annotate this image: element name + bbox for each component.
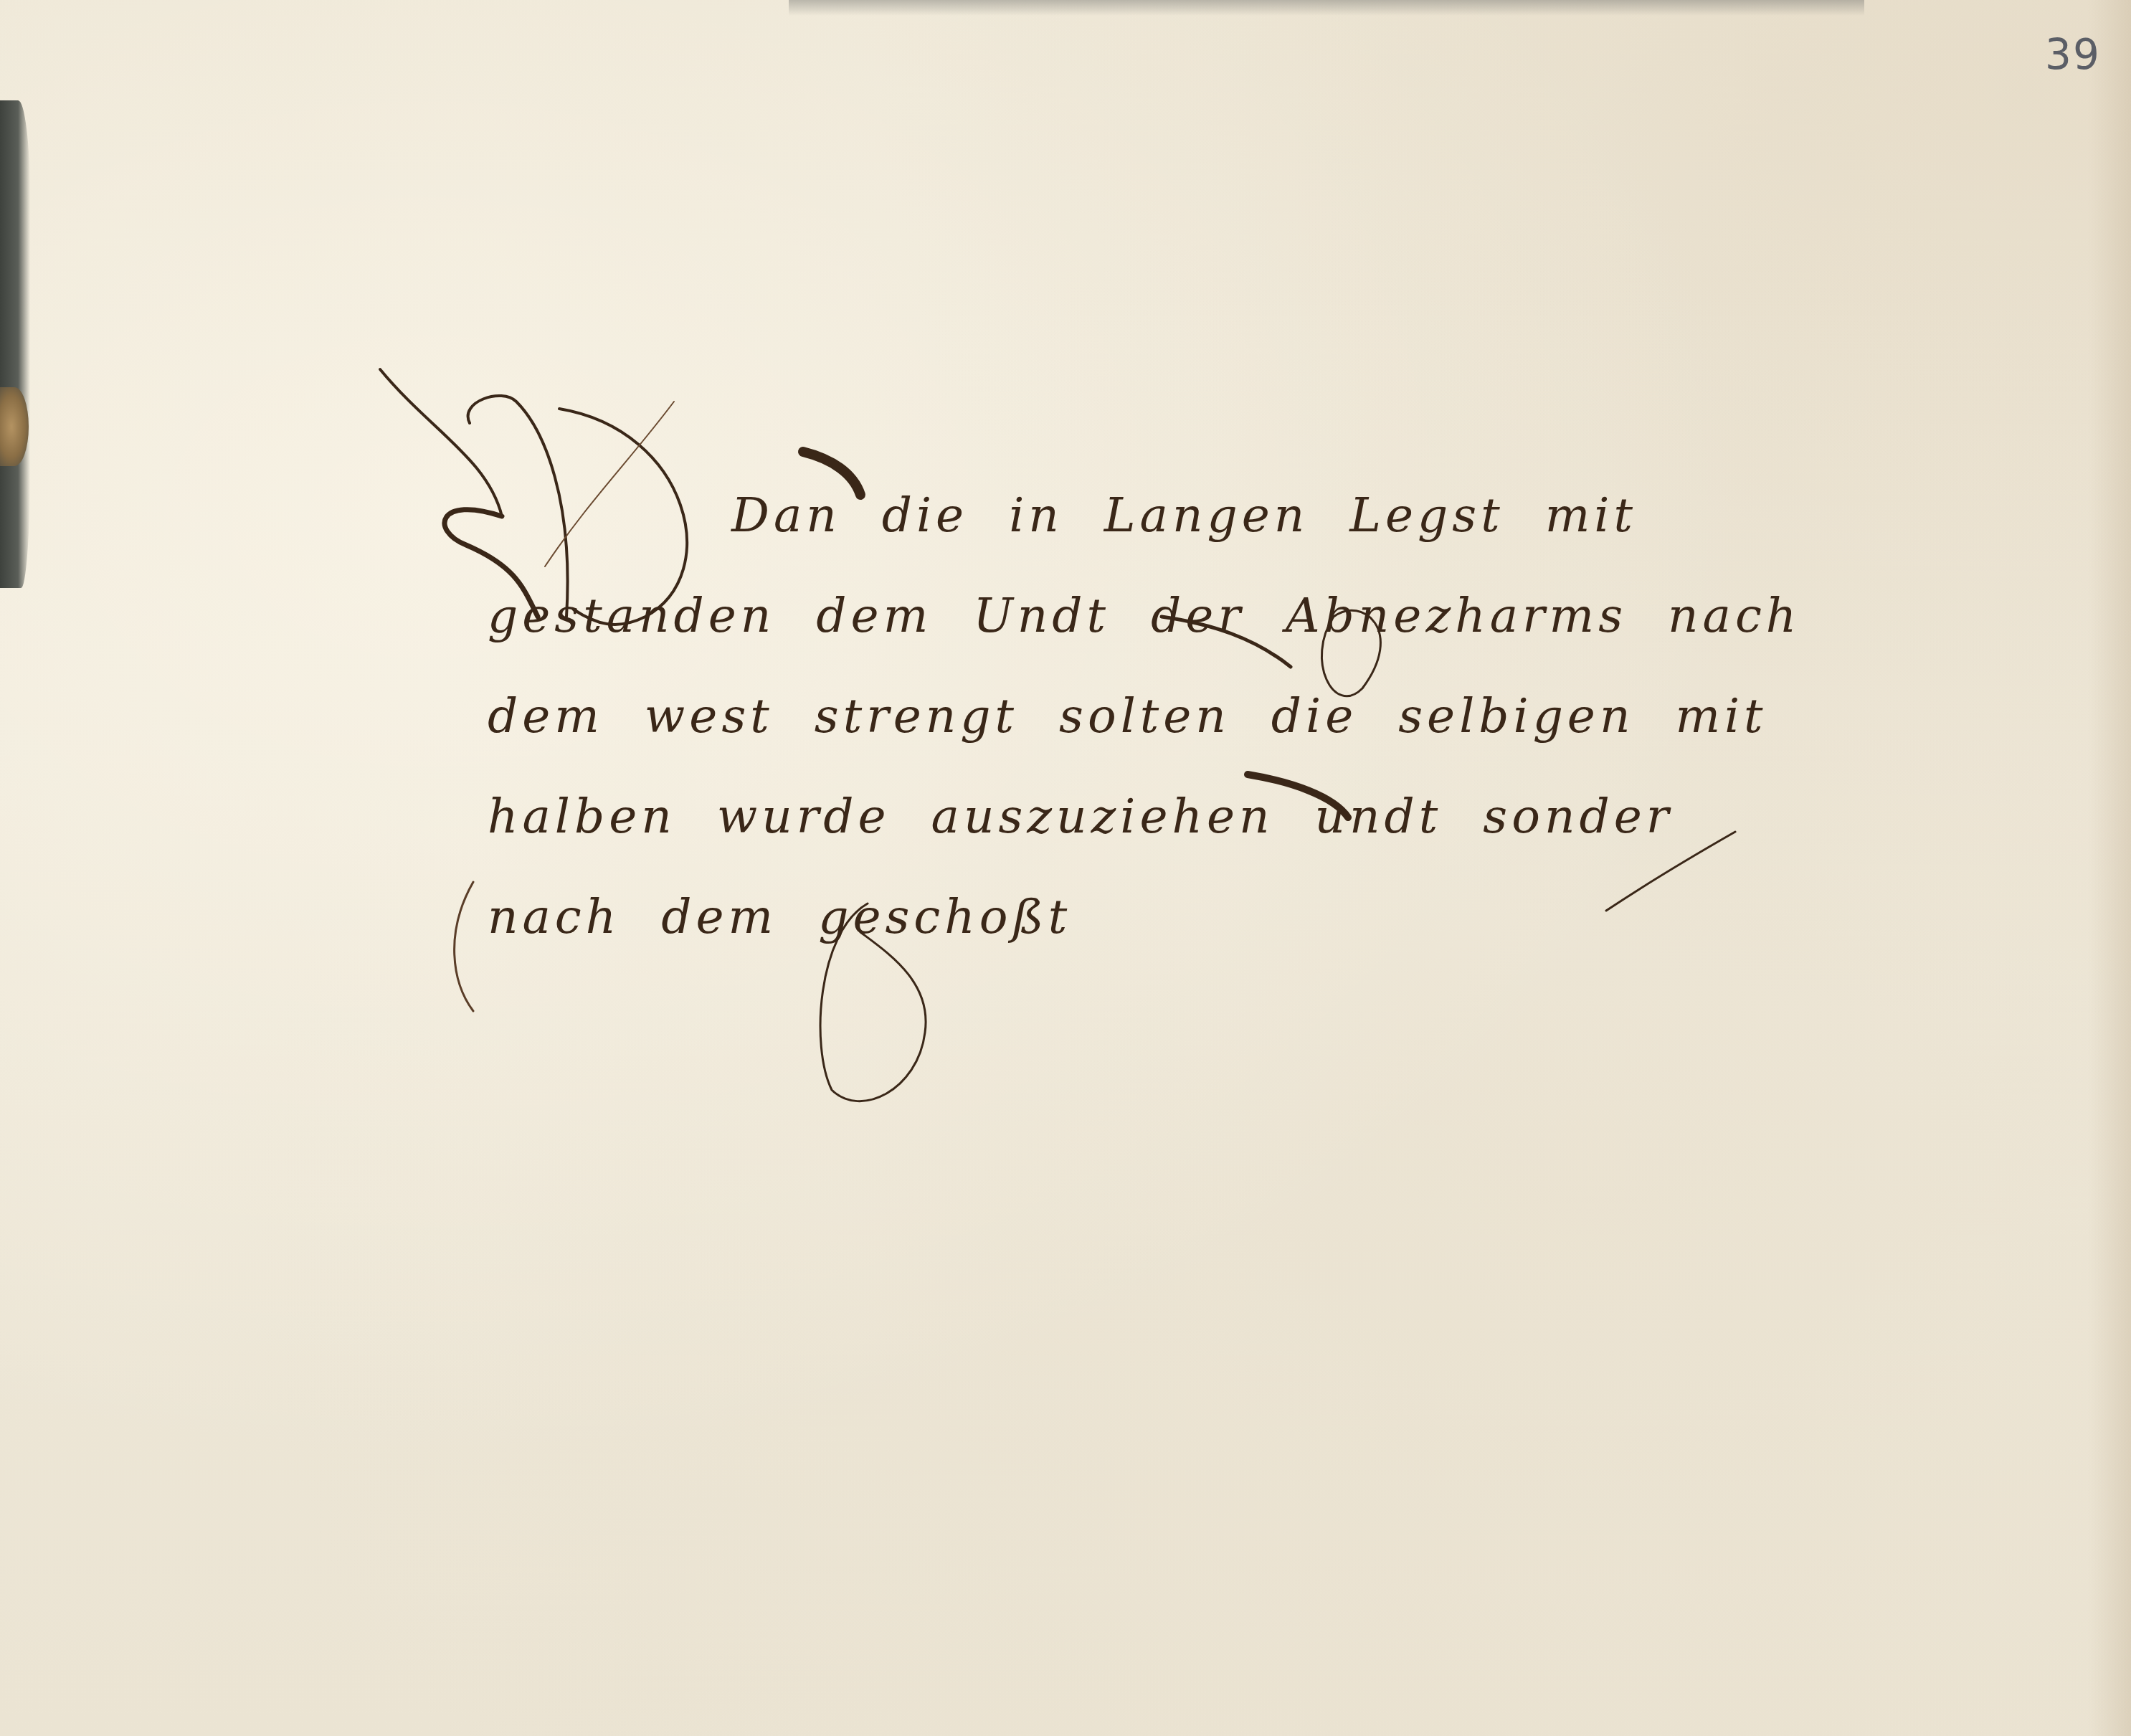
text-line-1: Dan die in Langen Legst mit xyxy=(731,488,1637,543)
text-line-4: halben wurde auszuziehen undt sonder xyxy=(488,789,1673,844)
right-edge-shade xyxy=(2088,0,2131,1736)
binding-edge xyxy=(0,100,30,588)
text-line-5: nach dem geschoßt xyxy=(488,889,1071,944)
manuscript-page: 39 Dan die in Langen Legst mit gestanden… xyxy=(0,0,2131,1736)
binding-stain xyxy=(0,387,29,466)
initial-flourish-icon xyxy=(0,0,2131,1736)
folio-number: 39 xyxy=(2045,30,2101,79)
text-line-3: dem west strengt solten die selbigen mit xyxy=(488,688,1767,744)
top-edge-shadow xyxy=(789,0,1864,16)
text-line-2: gestanden dem Undt der Abnezharms nach xyxy=(488,588,1800,643)
